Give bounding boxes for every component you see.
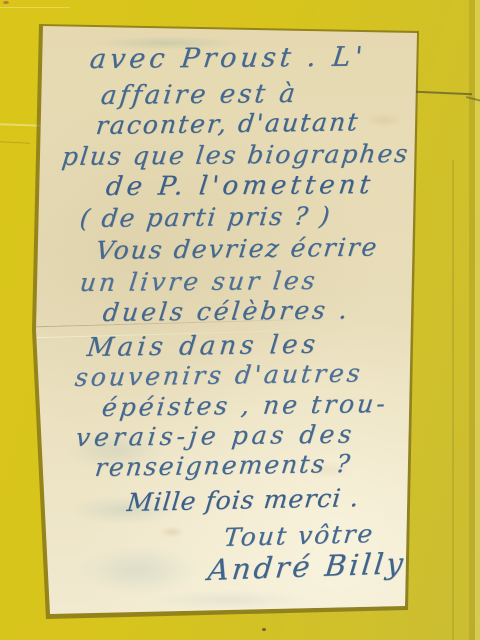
background-scratch xyxy=(0,123,42,126)
background-scratch xyxy=(0,7,70,8)
handwriting-line: Vous devriez écrire xyxy=(94,233,380,265)
handwriting-line: souvenirs d'autres xyxy=(73,358,364,392)
handwriting-line: renseignements ? xyxy=(93,449,353,482)
handwriting-line: de P. l'omettent xyxy=(104,170,375,202)
photo-scene: avec Proust . L' affaire est à raconter,… xyxy=(0,0,480,640)
handwriting-line: Mais dans les xyxy=(85,330,320,363)
handwriting-line: duels célèbres . xyxy=(101,295,351,327)
handwriting-line: Mille fois merci . xyxy=(126,483,361,517)
handwriting-line: verais-je pas des xyxy=(74,420,356,452)
handwriting-line: avec Proust . L' xyxy=(88,42,367,75)
handwriting-line: plus que les biographes xyxy=(60,139,411,171)
background-scratch xyxy=(0,141,30,144)
background-line xyxy=(416,91,472,95)
handwriting-line: affaire est à xyxy=(99,79,299,111)
background-speck xyxy=(262,628,266,631)
handwriting-line: ( de parti pris ? ) xyxy=(78,201,333,233)
background-speck xyxy=(3,1,9,4)
handwriting-line: raconter, d'autant xyxy=(94,107,361,140)
handwriting-line: épéistes , ne trou- xyxy=(100,389,389,422)
background-edge-strip xyxy=(475,0,480,640)
handwriting-line: un livre sur les xyxy=(78,266,319,297)
background-vertical-crease xyxy=(452,160,454,640)
signature: André Billy xyxy=(206,546,407,587)
